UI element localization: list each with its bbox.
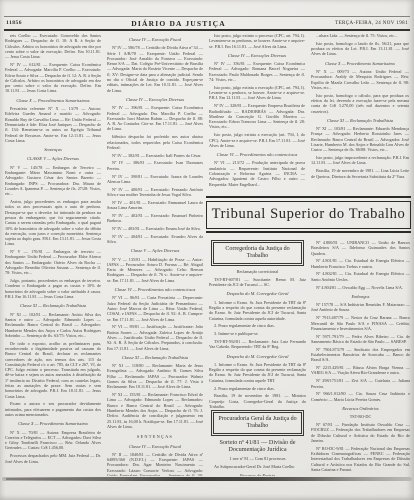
- section-heading: Recursos de Revista: [211, 473, 304, 476]
- section-box-title: Corregedoria da Justiça do Trabalho: [213, 242, 302, 264]
- text-column-1: reis Coelho — Executado: Gonoveldo dos S…: [5, 33, 101, 476]
- section-heading: Classe VI — Procedimentos não contencios…: [211, 152, 303, 157]
- text-block: ...nhara Ltda. — Sentença de fl. 75: Vis…: [311, 33, 409, 38]
- text-block: Nº 5971.791/79 — Pedro Alves Ribeiro — C…: [311, 334, 410, 345]
- text-block: Nº RO-DC-9/81 — Federação Nacional das E…: [311, 446, 410, 472]
- section-heading: Classe VI — Procedimentos não contencios…: [109, 287, 201, 292]
- text-block: Nº X — 009/73 — Autora: União Federal — …: [311, 69, 409, 90]
- text-block: Nº V — 135/81 — Habilitação de Posse — A…: [107, 257, 203, 283]
- text-block: Nº VI — 89/81 — Justificação — Justifica…: [107, 324, 203, 350]
- text-block: Nº V — 145/78 — Embargos de Terceiro — E…: [5, 165, 101, 197]
- section-heading: Recursos Ordinários: [313, 406, 408, 411]
- text-block: Nº XI — 102/81 — Reclamante: Anísio Silv…: [5, 312, 101, 338]
- section-heading: Classe XI — Reclamação Trabalhista: [313, 118, 407, 123]
- section-heading: Classe X — Procedimento Sumaríssimo: [313, 61, 407, 66]
- section-heading: Classe X — Procedimento Sumaríssimo: [7, 421, 99, 426]
- text-block: Nº 4.804/81 — Oswaldo Egg — Novelis Lima…: [311, 285, 410, 290]
- text-block: Processos despachados pelo MM. Juiz Fede…: [5, 453, 101, 464]
- text-block: Nº IV — 402/81 — Executado: Emanuel Pinh…: [107, 213, 203, 224]
- text-column-3-bottom: Corregedoria da Justiça do TrabalhoRecla…: [209, 240, 306, 476]
- text-block: Nº 67/81 — Fundação Instituto Oswaldo Cr…: [311, 422, 410, 443]
- text-block: Sorteio nº 41/81 — Divisão de Documentaç…: [209, 439, 306, 454]
- text-block: TST-RT-592/81 — Reclamante: Juiz Luiz Fe…: [209, 339, 306, 350]
- text-block: 2. Prazo regulamentar de cinco dias.: [209, 386, 306, 391]
- text-block: Nº IV — 400/81 — Executado: Fernando Ant…: [107, 187, 203, 198]
- text-block: Nº IV — 386/81 — Executado: Ivan Thomaze…: [107, 160, 203, 171]
- text-block: Isto posto, julgo extinto o processo (CP…: [209, 33, 305, 49]
- text-block: Julgo, portanto, procedentes os embargos…: [5, 278, 101, 299]
- section-heading: Embargos: [313, 294, 408, 299]
- text-block: 3. Intime-se e publique-se.: [209, 331, 306, 336]
- text-block: TST-RT-607/81 — Suscitante: Remo M. Juiz…: [209, 277, 306, 288]
- text-column-4-bottom: Nº 4.800/81 — UNIBANCO — União de Bancos…: [311, 240, 410, 476]
- text-block: Isto posto, julgo improcedente a reclama…: [311, 155, 409, 166]
- text-block: De todo o exposto, acolho as preliminare…: [5, 341, 101, 399]
- text-block: Ao Subprocurador-Geral Dr. José Maria Co…: [209, 464, 306, 469]
- text-block: Isto posto, julgo extinta a execução (ar…: [209, 132, 305, 148]
- text-block: Nº II — 1840/81 — Certidão de Dívida Ati…: [107, 452, 203, 476]
- section-heading: Classe V — Ações Diversas: [109, 248, 201, 253]
- text-block: Precatório referente Nº X — 13/79 — Auto…: [5, 106, 101, 143]
- text-block: Nº IV — 586/78 — Certidão de Dívida Ativ…: [107, 45, 203, 93]
- text-block: 1 nov nº 81 — Com 81 processos: [209, 456, 306, 461]
- text-block: 2. Prazo regulamentar de cinco dias.: [209, 323, 306, 328]
- text-block: Nº IV — 390/81 — Executado: Isaura de Lo…: [107, 174, 203, 185]
- text-block: Nº 2215.429/81 — Ritusa Alvim Braga Vien…: [311, 365, 410, 376]
- section-heading: CLASSE V — Ações Diversas: [7, 156, 99, 161]
- tribunal-banner-title: Tribunal Superior do Trabalho: [206, 201, 411, 229]
- text-block: Nº 4.800/81 — UNIBANCO — União de Bancos…: [311, 240, 410, 256]
- text-block: Nº 4.802/81 — Cia. Estadual de Energia E…: [311, 271, 410, 282]
- text-block: Nº IV — 403/81 — Executado: Emam José da…: [107, 226, 203, 231]
- section-heading: Classe X — Procedimentos Sumaríssimos: [7, 98, 99, 103]
- page-header: 11856 DIÁRIO DA JUSTIÇA TERÇA-FEIRA, 24 …: [4, 16, 410, 31]
- text-block: Nº IV — 401/81 — Executado: Emmanuel Lau…: [107, 200, 203, 211]
- text-block: Ficam a autora e seu procurador devidame…: [5, 401, 101, 417]
- text-block: Nº 7913.487/79 — Nestor da Cruz Barana —…: [311, 315, 410, 331]
- text-block: Nº V — 170/81 — Embargos de terceiro — E…: [5, 249, 101, 275]
- text-block: Nº IV — 404/81 — Executado: Evandro Alve…: [107, 234, 203, 245]
- text-block: Nº XI — 155/81 — Reclamante: Francisco E…: [107, 392, 203, 429]
- text-block: SENTENÇAS: [107, 434, 203, 439]
- text-block: Nº 7904.873/79 — Sindicato dos Empregado…: [311, 347, 410, 363]
- text-block: Brasília, 19 de novembro de 1981. — Lina…: [311, 168, 409, 179]
- text-block: Nº IV — 328/81 — Exequente: Empresa Bras…: [209, 103, 305, 129]
- section-heading: Classe XI — Reclamação Trabalhista: [109, 355, 201, 360]
- text-block: Isto posto, homologo o cálculo, para que…: [311, 93, 409, 114]
- text-block: Assim, julgo procedentes os embargos par…: [5, 199, 101, 247]
- scan-artifact-line-secondary: [6, 478, 126, 480]
- section-heading: Despacho do M. Corregedor Geral: [211, 354, 304, 359]
- gazette-title: DIÁRIO DA JUSTIÇA: [131, 19, 226, 28]
- text-block: Nº IV — 396/81 — Exequente: Caixa Econôm…: [107, 105, 203, 131]
- text-block: Nº 157/78 — S/A Indústrias Reunidas F. M…: [311, 302, 410, 313]
- text-block: Isto posto, homologo o laudo de fls. 56/…: [311, 41, 409, 57]
- tribunal-banner: Tribunal Superior do Trabalho: [206, 196, 411, 233]
- text-block: Idêntico despacho foi proferido nos auto…: [107, 134, 203, 150]
- text-block: Nº IV — 356/81 — Exequente: Caixa Econôm…: [209, 61, 305, 82]
- page-number: 11856: [6, 20, 22, 26]
- edition-date: TERÇA-FEIRA, 24 NOV 1981: [335, 21, 408, 26]
- text-block: Nº VI — 86/81 — Carta Precatória — Depre…: [107, 295, 203, 321]
- text-block: 1. Informe o Exmo. Sr. Juiz Presidente d…: [209, 362, 306, 383]
- text-block: Nº X — 70/81 — Autora: Empresa Brasileir…: [5, 430, 101, 451]
- section-heading: Sentenças: [7, 147, 99, 152]
- text-block: Nº 966/1.012/80 — Cia. Souza Cruz Indúst…: [311, 391, 410, 402]
- text-column-3-top: Isto posto, julgo extinto o processo (CP…: [209, 33, 305, 193]
- section-heading: Classe IV — Execuções Diversas: [109, 97, 201, 102]
- section-box-title: Procuradoria Geral da Justiça do Trabalh…: [213, 412, 302, 434]
- text-block: Nº IV — 612/81 — Exequente: Caixa Econôm…: [5, 62, 101, 94]
- text-block: 1. Informe o Exmo. Sr. Juiz Presidente d…: [209, 300, 306, 321]
- gazette-page: 11856 DIÁRIO DA JUSTIÇA TERÇA-FEIRA, 24 …: [0, 0, 414, 500]
- text-column-4-top: ...nhara Ltda. — Sentença de fl. 75: Vis…: [311, 33, 409, 193]
- text-block: Nº 4.801/81 — Cia. Estadual de Energia E…: [311, 258, 410, 269]
- text-block: TST-RO-DC: [311, 414, 410, 419]
- text-block: Nº IV — 382/81 — Executado: Itall Pontes…: [107, 153, 203, 158]
- text-block: Nº RO-DC-88/81 — Sindicato da Indústria …: [311, 475, 410, 476]
- text-block: Reclamação correicional: [209, 269, 306, 274]
- section-heading: Classe IV — Execuções Diversas: [211, 53, 303, 58]
- text-block: Isto posto, julgo extinta a execução (CP…: [209, 85, 305, 101]
- text-block: Nº 298/1751/81 — Zivi S/A — Cutelaria — …: [311, 378, 410, 389]
- text-block: Nº VI — 213/72 — Produção antecipada de …: [209, 160, 305, 186]
- section-heading: Despacho do M. Corregedor Geral: [211, 291, 304, 296]
- text-block: Nº XI — 118/80 — Reclamante: Maria de Je…: [107, 363, 203, 389]
- text-block: Brasília, 19 de novembro de 1981. — Mini…: [209, 393, 306, 409]
- text-column-2: Classe IV — Execução FiscalNº IV — 586/7…: [107, 33, 203, 476]
- text-block: reis Coelho — Executado: Gonoveldo dos S…: [5, 33, 101, 59]
- section-heading: Classe IV — Execução Fiscal: [109, 37, 201, 42]
- section-heading: Classe IV — Execução Fiscal: [109, 444, 201, 449]
- section-heading: Classe XI — Reclamação Trabalhista: [7, 303, 99, 308]
- text-block: Nº XI — 103/81 — Reclamante: Eduardo Men…: [311, 126, 409, 152]
